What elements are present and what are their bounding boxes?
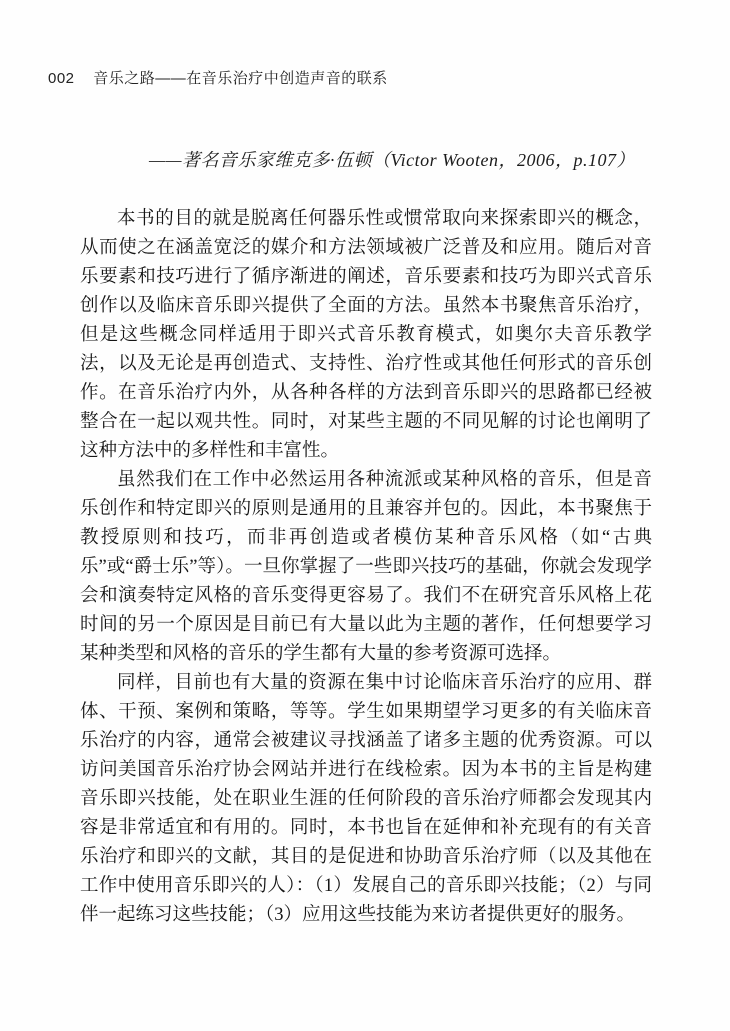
running-header: 002 音乐之路——在音乐治疗中创造声音的联系 — [48, 67, 388, 88]
paragraph-2: 虽然我们在工作中必然运用各种流派或某种风格的音乐，但是音乐创作和特定即兴的原则是… — [80, 466, 652, 669]
body-text: 本书的目的就是脱离任何器乐性或惯常取向来探索即兴的概念，从而使之在涵盖宽泛的媒介… — [80, 205, 652, 930]
running-title: 音乐之路——在音乐治疗中创造声音的联系 — [93, 67, 388, 88]
book-page: 002 音乐之路——在音乐治疗中创造声音的联系 ——著名音乐家维克多·伍顿（Vi… — [0, 0, 730, 1031]
paragraph-3: 同样，目前也有大量的资源在集中讨论临床音乐治疗的应用、群体、干预、案例和策略，等… — [80, 669, 652, 930]
quote-attribution: ——著名音乐家维克多·伍顿（Victor Wooten，2006，p.107） — [80, 146, 635, 172]
page-number: 002 — [48, 70, 75, 87]
paragraph-1: 本书的目的就是脱离任何器乐性或惯常取向来探索即兴的概念，从而使之在涵盖宽泛的媒介… — [80, 205, 652, 466]
